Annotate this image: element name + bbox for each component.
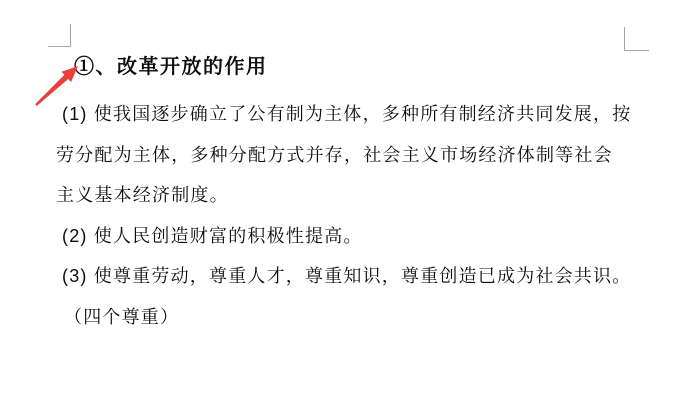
document-title: ①、改革开放的作用 xyxy=(56,52,268,82)
paragraph-line-6: （四个尊重） xyxy=(56,297,656,338)
margin-mark-top-right xyxy=(624,27,649,51)
paragraph-line-4: (2) 使人民创造财富的积极性提高。 xyxy=(56,216,656,257)
document-body[interactable]: (1) 使我国逐步确立了公有制为主体，多种所有制经济共同发展，按 劳分配为主体，… xyxy=(56,94,656,337)
document-page: { "document": { "title": "①、改革开放的作用", "l… xyxy=(0,0,677,398)
paragraph-line-3: 主义基本经济制度。 xyxy=(56,175,656,216)
margin-mark-top-left xyxy=(48,24,71,47)
paragraph-line-2: 劳分配为主体，多种分配方式并存，社会主义市场经济体制等社会 xyxy=(56,135,656,176)
paragraph-line-1: (1) 使我国逐步确立了公有制为主体，多种所有制经济共同发展，按 xyxy=(56,94,656,135)
paragraph-line-5: (3) 使尊重劳动，尊重人才，尊重知识，尊重创造已成为社会共识。 xyxy=(56,256,656,297)
